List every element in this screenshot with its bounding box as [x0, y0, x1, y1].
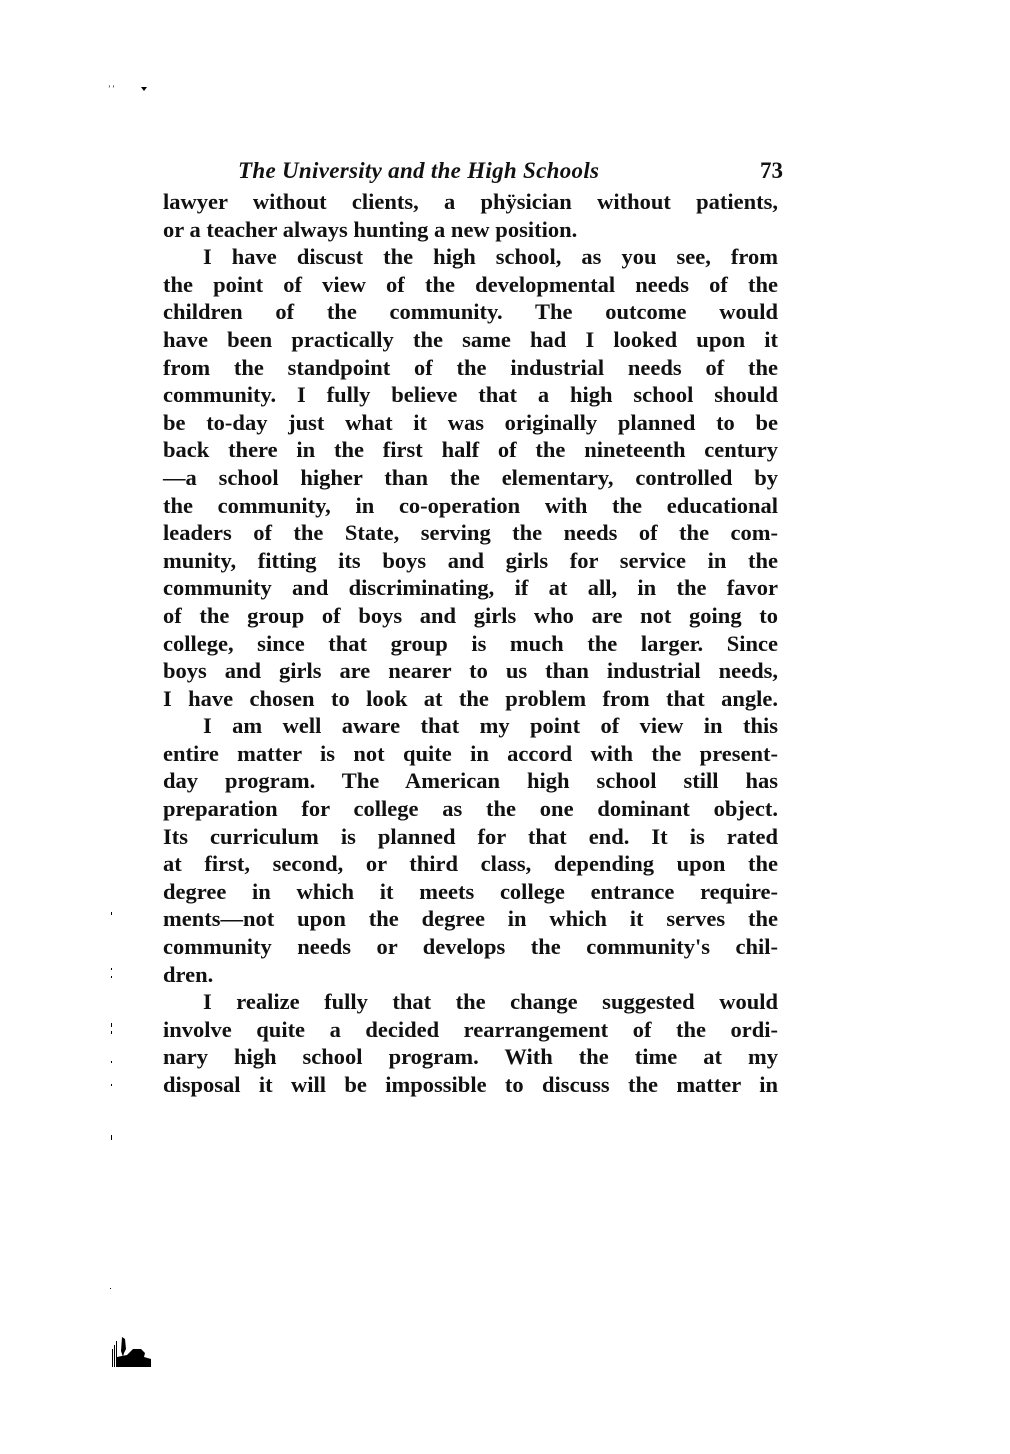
running-head: The University and the High Schools 73 [238, 158, 783, 188]
text-line: college, since that group is much the la… [163, 630, 778, 658]
text-line: I have chosen to look at the problem fro… [163, 685, 778, 713]
margin-scan-artifact [111, 976, 112, 978]
text-line: at first, second, or third class, depend… [163, 850, 778, 878]
text-line: entire matter is not quite in accord wit… [163, 740, 778, 768]
text-line: —a school higher than the elementary, co… [163, 464, 778, 492]
text-line: community and discriminating, if at all,… [163, 574, 778, 602]
paragraph: I have discust the high school, as you s… [163, 243, 778, 712]
text-line: of the group of boys and girls who are n… [163, 602, 778, 630]
running-head-title: The University and the High Schools [238, 158, 599, 184]
margin-scan-artifact [111, 912, 112, 915]
text-line: from the standpoint of the industrial ne… [163, 354, 778, 382]
margin-scan-artifact [111, 1135, 112, 1140]
text-line: I have discust the high school, as you s… [163, 243, 778, 271]
text-line: Its curriculum is planned for that end. … [163, 823, 778, 851]
margin-scan-artifact [110, 1288, 111, 1289]
text-line: nary high school program. With the time … [163, 1043, 778, 1071]
text-line: preparation for college as the one domin… [163, 795, 778, 823]
text-line: degree in which it meets college entranc… [163, 878, 778, 906]
margin-scan-artifact [111, 968, 112, 970]
text-line: munity, fitting its boys and girls for s… [163, 547, 778, 575]
margin-scan-artifact [111, 1084, 112, 1086]
text-line: the community, in co-operation with the … [163, 492, 778, 520]
text-line: have been practically the same had I loo… [163, 326, 778, 354]
scan-mark-text: ’’ [108, 84, 117, 93]
text-line: be to-day just what it was originally pl… [163, 409, 778, 437]
text-line: leaders of the State, serving the needs … [163, 519, 778, 547]
margin-scan-artifact [111, 1023, 112, 1027]
text-line: back there in the first half of the nine… [163, 436, 778, 464]
text-line: I realize fully that the change suggeste… [163, 988, 778, 1016]
paragraph: I realize fully that the change suggeste… [163, 988, 778, 1098]
margin-scan-artifact [111, 1031, 112, 1034]
text-line: disposal it will be impossible to discus… [163, 1071, 778, 1099]
scan-mark-triangle-icon [141, 87, 147, 91]
text-line: community needs or develops the communit… [163, 933, 778, 961]
scanned-book-page: ’’ The University and the High Schools 7… [0, 0, 1010, 1454]
text-line: or a teacher always hunting a new positi… [163, 216, 778, 244]
text-line: involve quite a decided rearrangement of… [163, 1016, 778, 1044]
text-line: boys and girls are nearer to us than ind… [163, 657, 778, 685]
paragraph: I am well aware that my point of view in… [163, 712, 778, 988]
paragraph: lawyer without clients, a phÿsician with… [163, 188, 778, 243]
margin-scan-artifact [111, 1061, 112, 1063]
page-number: 73 [760, 158, 783, 184]
body-text: lawyer without clients, a phÿsician with… [163, 188, 778, 1099]
text-line: community. I fully believe that a high s… [163, 381, 778, 409]
text-line: children of the community. The outcome w… [163, 298, 778, 326]
text-line: dren. [163, 961, 778, 989]
text-line: ments—not upon the degree in which it se… [163, 905, 778, 933]
library-stamp-icon [111, 1337, 153, 1367]
corner-scan-marks: ’’ [108, 84, 147, 93]
text-line: lawyer without clients, a phÿsician with… [163, 188, 778, 216]
text-line: the point of view of the developmental n… [163, 271, 778, 299]
text-line: I am well aware that my point of view in… [163, 712, 778, 740]
text-line: day program. The American high school st… [163, 767, 778, 795]
